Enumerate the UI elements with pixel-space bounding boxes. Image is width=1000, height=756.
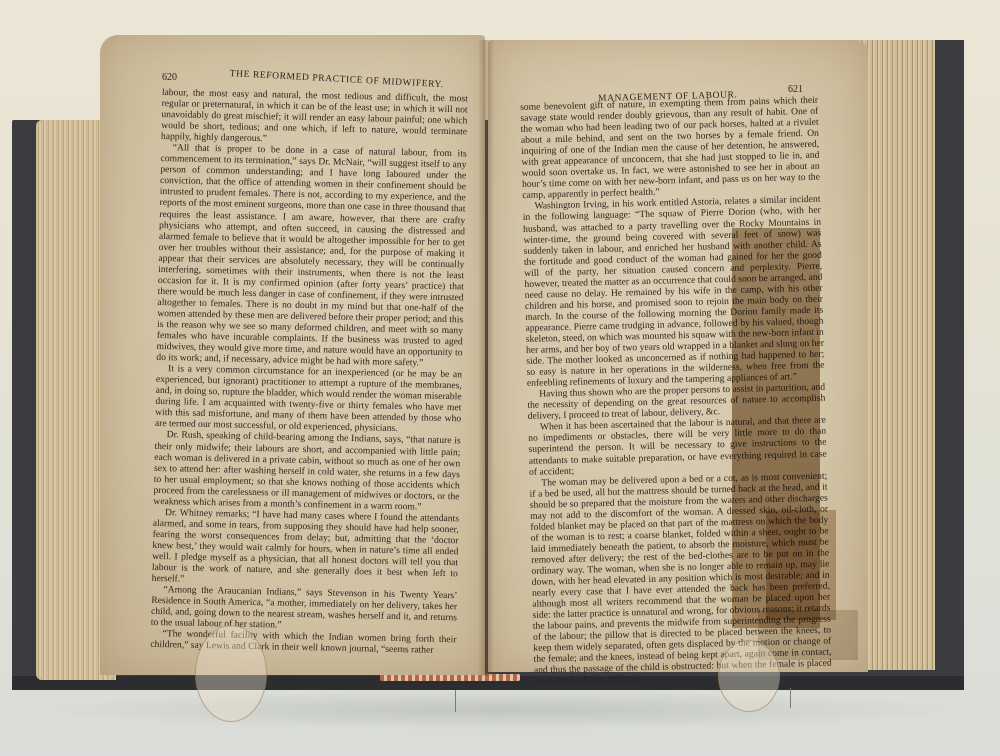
paragraph: labour, the most easy and natural, the m…	[161, 87, 468, 149]
paragraph: Dr. Whitney remarks; “I have had many ca…	[152, 507, 460, 591]
water-stain	[195, 625, 267, 722]
paragraph: Dr. Rush, speaking of child-bearing amon…	[153, 429, 461, 513]
page-body-text: labour, the most easy and natural, the m…	[150, 87, 468, 657]
running-head: THE REFORMED PRACTICE OF MIDWIFERY.	[229, 69, 444, 90]
loose-thread	[455, 690, 456, 712]
paragraph: “All that is proper to be done in a case…	[156, 142, 467, 369]
paragraph: some benevolent gift of nature, in exemp…	[520, 95, 820, 202]
left-page: 620 THE REFORMED PRACTICE OF MIDWIFERY. …	[100, 35, 485, 675]
table-shadow	[30, 690, 970, 730]
page-number: 621	[788, 84, 803, 95]
tape-stain	[766, 510, 836, 620]
paragraph: It is a very common circumstance for an …	[155, 363, 462, 436]
paragraph: “Among the Araucanian Indians,” says Ste…	[151, 584, 458, 635]
book-gutter	[478, 40, 494, 676]
loose-thread	[790, 688, 791, 708]
book-headband	[380, 674, 520, 681]
page-number: 620	[162, 72, 177, 83]
water-stain	[718, 640, 780, 712]
right-page: 621 MANAGEMENT OF LABOUR. some benevolen…	[488, 40, 868, 672]
